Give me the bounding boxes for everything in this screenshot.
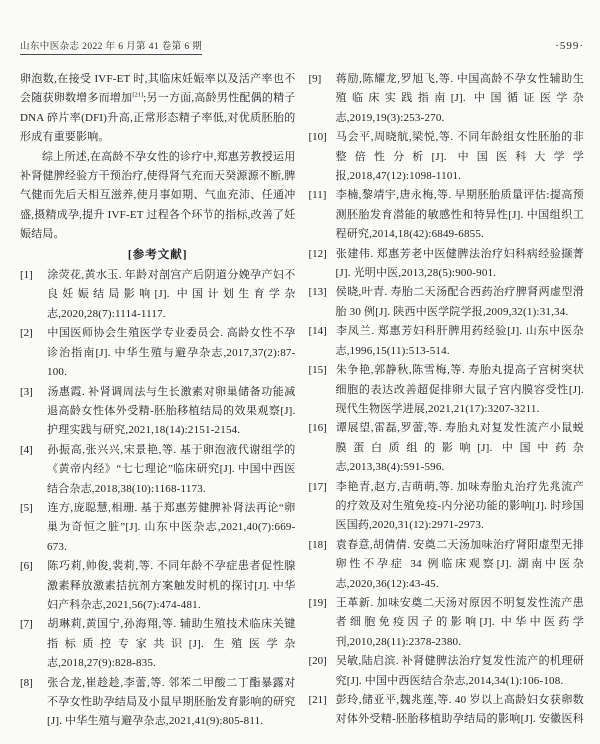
page-header: 山东中医杂志 2022 年 6 月第 41 卷第 6 期 ·599· [20,38,584,55]
reference-item: [13]侯晓,叶青. 寿胎二天汤配合西药治疗脾肾两虚型滑胎 30 例[J]. 陕… [309,283,585,322]
reference-number: [14] [309,322,336,341]
article-body: 卵泡数,在接受 IVF-ET 时,其临床妊娠率以及活产率也不会随获卵数增多而增加… [20,70,584,735]
reference-text: 陈巧莉,帅俊,裴莉,等. 不同年龄不孕症患者促性腺激素释放激素拮抗剂方案触发时机… [47,560,296,611]
reference-item: [10]马会平,周晓航,梁悦,等. 不同年龄组女性胚胎的非整倍性分析[J]. 中… [309,128,585,186]
reference-number: [3] [20,383,47,402]
reference-text: 涂荧花,黄水玉. 年龄对剖宫产后阴道分娩孕产妇不良妊娠结局影响[J]. 中国计划… [47,269,296,320]
reference-number: [16] [309,419,336,438]
reference-item: [8]张合龙,崔趁趁,李蕾,等. 邻苯二甲酸二丁酯暴露对不孕女性助孕结局及小鼠早… [20,674,296,732]
reference-item: [16]谭展望,雷磊,罗蕾,等. 寿胎丸对复发性流产小鼠蜕膜蛋白质组的影响[J]… [309,419,585,477]
reference-number: [19] [309,594,336,613]
reference-item: [4]孙振高,张兴兴,宋景艳,等. 基于卵泡液代谢组学的《黄帝内经》“七七理论”… [20,441,296,499]
references-heading: [参考文献] [20,246,296,265]
reference-item: [6]陈巧莉,帅俊,裴莉,等. 不同年龄不孕症患者促性腺激素释放激素拮抗剂方案触… [20,557,296,615]
reference-item: [1]涂荧花,黄水玉. 年龄对剖宫产后阴道分娩孕产妇不良妊娠结局影响[J]. 中… [20,266,296,324]
reference-item: [5]连方,庞聪慧,相珊. 基于郑惠芳健脾补肾法再论“卵巢为奇恒之脏”[J]. … [20,499,296,557]
summary-paragraph: 综上所述,在高龄不孕女性的诊疗中,郑惠芳教授运用补肾健脾经验方干预治疗,使得肾气… [20,148,296,245]
reference-text: 孙振高,张兴兴,宋景艳,等. 基于卵泡液代谢组学的《黄帝内经》“七七理论”临床研… [47,444,296,495]
reference-text: 蒋励,陈耀龙,罗旭飞,等. 中国高龄不孕女性辅助生殖临床实践指南[J]. 中国循… [336,73,585,124]
reference-number: [15] [309,361,336,380]
body-paragraph-continuation: 卵泡数,在接受 IVF-ET 时,其临床妊娠率以及活产率也不会随获卵数增多而增加… [20,70,296,148]
reference-number: [13] [309,283,336,302]
reference-text: 王革新. 加味安奠二天汤对原因不明复发性流产患者细胞免疫因子的影响[J]. 中华… [336,597,585,648]
reference-item: [2]中国医师协会生殖医学专业委员会. 高龄女性不孕诊治指南[J]. 中华生殖与… [20,324,296,382]
reference-text: 袁春意,胡倩倩. 安奠二天汤加味治疗肾阳虚型无排卵性不孕症 34 例临床观察[J… [336,539,585,590]
reference-number: [18] [309,536,336,555]
reference-number: [2] [20,324,47,343]
reference-text: 侯晓,叶青. 寿胎二天汤配合西药治疗脾肾两虚型滑胎 30 例[J]. 陕西中医学… [336,286,585,317]
reference-number: [4] [20,441,47,460]
reference-item: [9]蒋励,陈耀龙,罗旭飞,等. 中国高龄不孕女性辅助生殖临床实践指南[J]. … [309,70,585,128]
reference-text: 朱争艳,郭静秋,陈雪梅,等. 寿胎丸提高子宫树突状细胞的表达改善超促排卵大鼠子宫… [336,364,585,415]
journal-page: 山东中医杂志 2022 年 6 月第 41 卷第 6 期 ·599· 卵泡数,在… [0,0,600,744]
reference-number: [5] [20,499,47,518]
reference-number: [21] [309,691,336,710]
reference-number: [6] [20,557,47,576]
page-number: ·599· [555,40,584,52]
reference-text: 胡琳莉,黄国宁,孙海翔,等. 辅助生殖技术临床关键指标质控专家共识[J]. 生殖… [47,618,296,669]
reference-item: [14]李凤兰. 郑惠芳妇科肝脾用药经验[J]. 山东中医杂志,1996,15(… [309,322,585,361]
reference-text: 汤惠霞. 补肾调周法与生长激素对卵巢储备功能减退高龄女性体外受精-胚胎移植结局的… [47,386,296,437]
reference-text: 谭展望,雷磊,罗蕾,等. 寿胎丸对复发性流产小鼠蜕膜蛋白质组的影响[J]. 中国… [336,422,585,473]
reference-item: [20]吴敏,陆启滨. 补肾健脾法治疗复发性流产的机理研究[J]. 中国中西医结… [309,652,585,691]
reference-number: [7] [20,615,47,634]
reference-number: [8] [20,674,47,693]
reference-text: 李凤兰. 郑惠芳妇科肝脾用药经验[J]. 山东中医杂志,1996,15(11):… [336,325,585,356]
reference-number: [20] [309,652,336,671]
reference-text: 中国医师协会生殖医学专业委员会. 高龄女性不孕诊治指南[J]. 中华生殖与避孕杂… [47,327,296,378]
reference-item: [15]朱争艳,郭静秋,陈雪梅,等. 寿胎丸提高子宫树突状细胞的表达改善超促排卵… [309,361,585,419]
reference-text: 李楠,黎靖宇,唐永梅,等. 早期胚胎质量评估:提高预测胚胎发育潜能的敏感性和特异… [336,189,585,240]
reference-number: [12] [309,245,336,264]
reference-text: 连方,庞聪慧,相珊. 基于郑惠芳健脾补肾法再论“卵巢为奇恒之脏”[J]. 山东中… [47,502,296,553]
reference-item: [7]胡琳莉,黄国宁,孙海翔,等. 辅助生殖技术临床关键指标质控专家共识[J].… [20,615,296,673]
reference-item: [12]张建伟. 郑惠芳老中医健脾法治疗妇科病经验撷菁[J]. 光明中医,201… [309,245,585,284]
reference-text: 张建伟. 郑惠芳老中医健脾法治疗妇科病经验撷菁[J]. 光明中医,2013,28… [336,248,585,279]
reference-text: 李艳青,赵方,吉萌萌,等. 加味寿胎丸治疗先兆流产的疗效及对生殖免疫-内分泌功能… [336,481,585,532]
reference-number: [11] [309,186,336,205]
reference-item: [19]王革新. 加味安奠二天汤对原因不明复发性流产患者细胞免疫因子的影响[J]… [309,594,585,652]
reference-number: [17] [309,478,336,497]
reference-item: [18]袁春意,胡倩倩. 安奠二天汤加味治疗肾阳虚型无排卵性不孕症 34 例临床… [309,536,585,594]
journal-issue-line: 山东中医杂志 2022 年 6 月第 41 卷第 6 期 [20,38,202,55]
reference-number: [10] [309,128,336,147]
reference-item: [11]李楠,黎靖宇,唐永梅,等. 早期胚胎质量评估:提高预测胚胎发育潜能的敏感… [309,186,585,244]
reference-text: 马会平,周晓航,梁悦,等. 不同年龄组女性胚胎的非整倍性分析[J]. 中国医科大… [336,131,585,182]
reference-item: [3]汤惠霞. 补肾调周法与生长激素对卵巢储备功能减退高龄女性体外受精-胚胎移植… [20,383,296,441]
citation-superscript: [21] [132,92,143,99]
reference-text: 张合龙,崔趁趁,李蕾,等. 邻苯二甲酸二丁酯暴露对不孕女性助孕结局及小鼠早期胚胎… [47,677,296,728]
reference-item: [17]李艳青,赵方,吉萌萌,等. 加味寿胎丸治疗先兆流产的疗效及对生殖免疫-内… [309,478,585,536]
reference-number: [1] [20,266,47,285]
reference-number: [9] [309,70,336,89]
reference-text: 吴敏,陆启滨. 补肾健脾法治疗复发性流产的机理研究[J]. 中国中西医结合杂志,… [336,655,585,686]
